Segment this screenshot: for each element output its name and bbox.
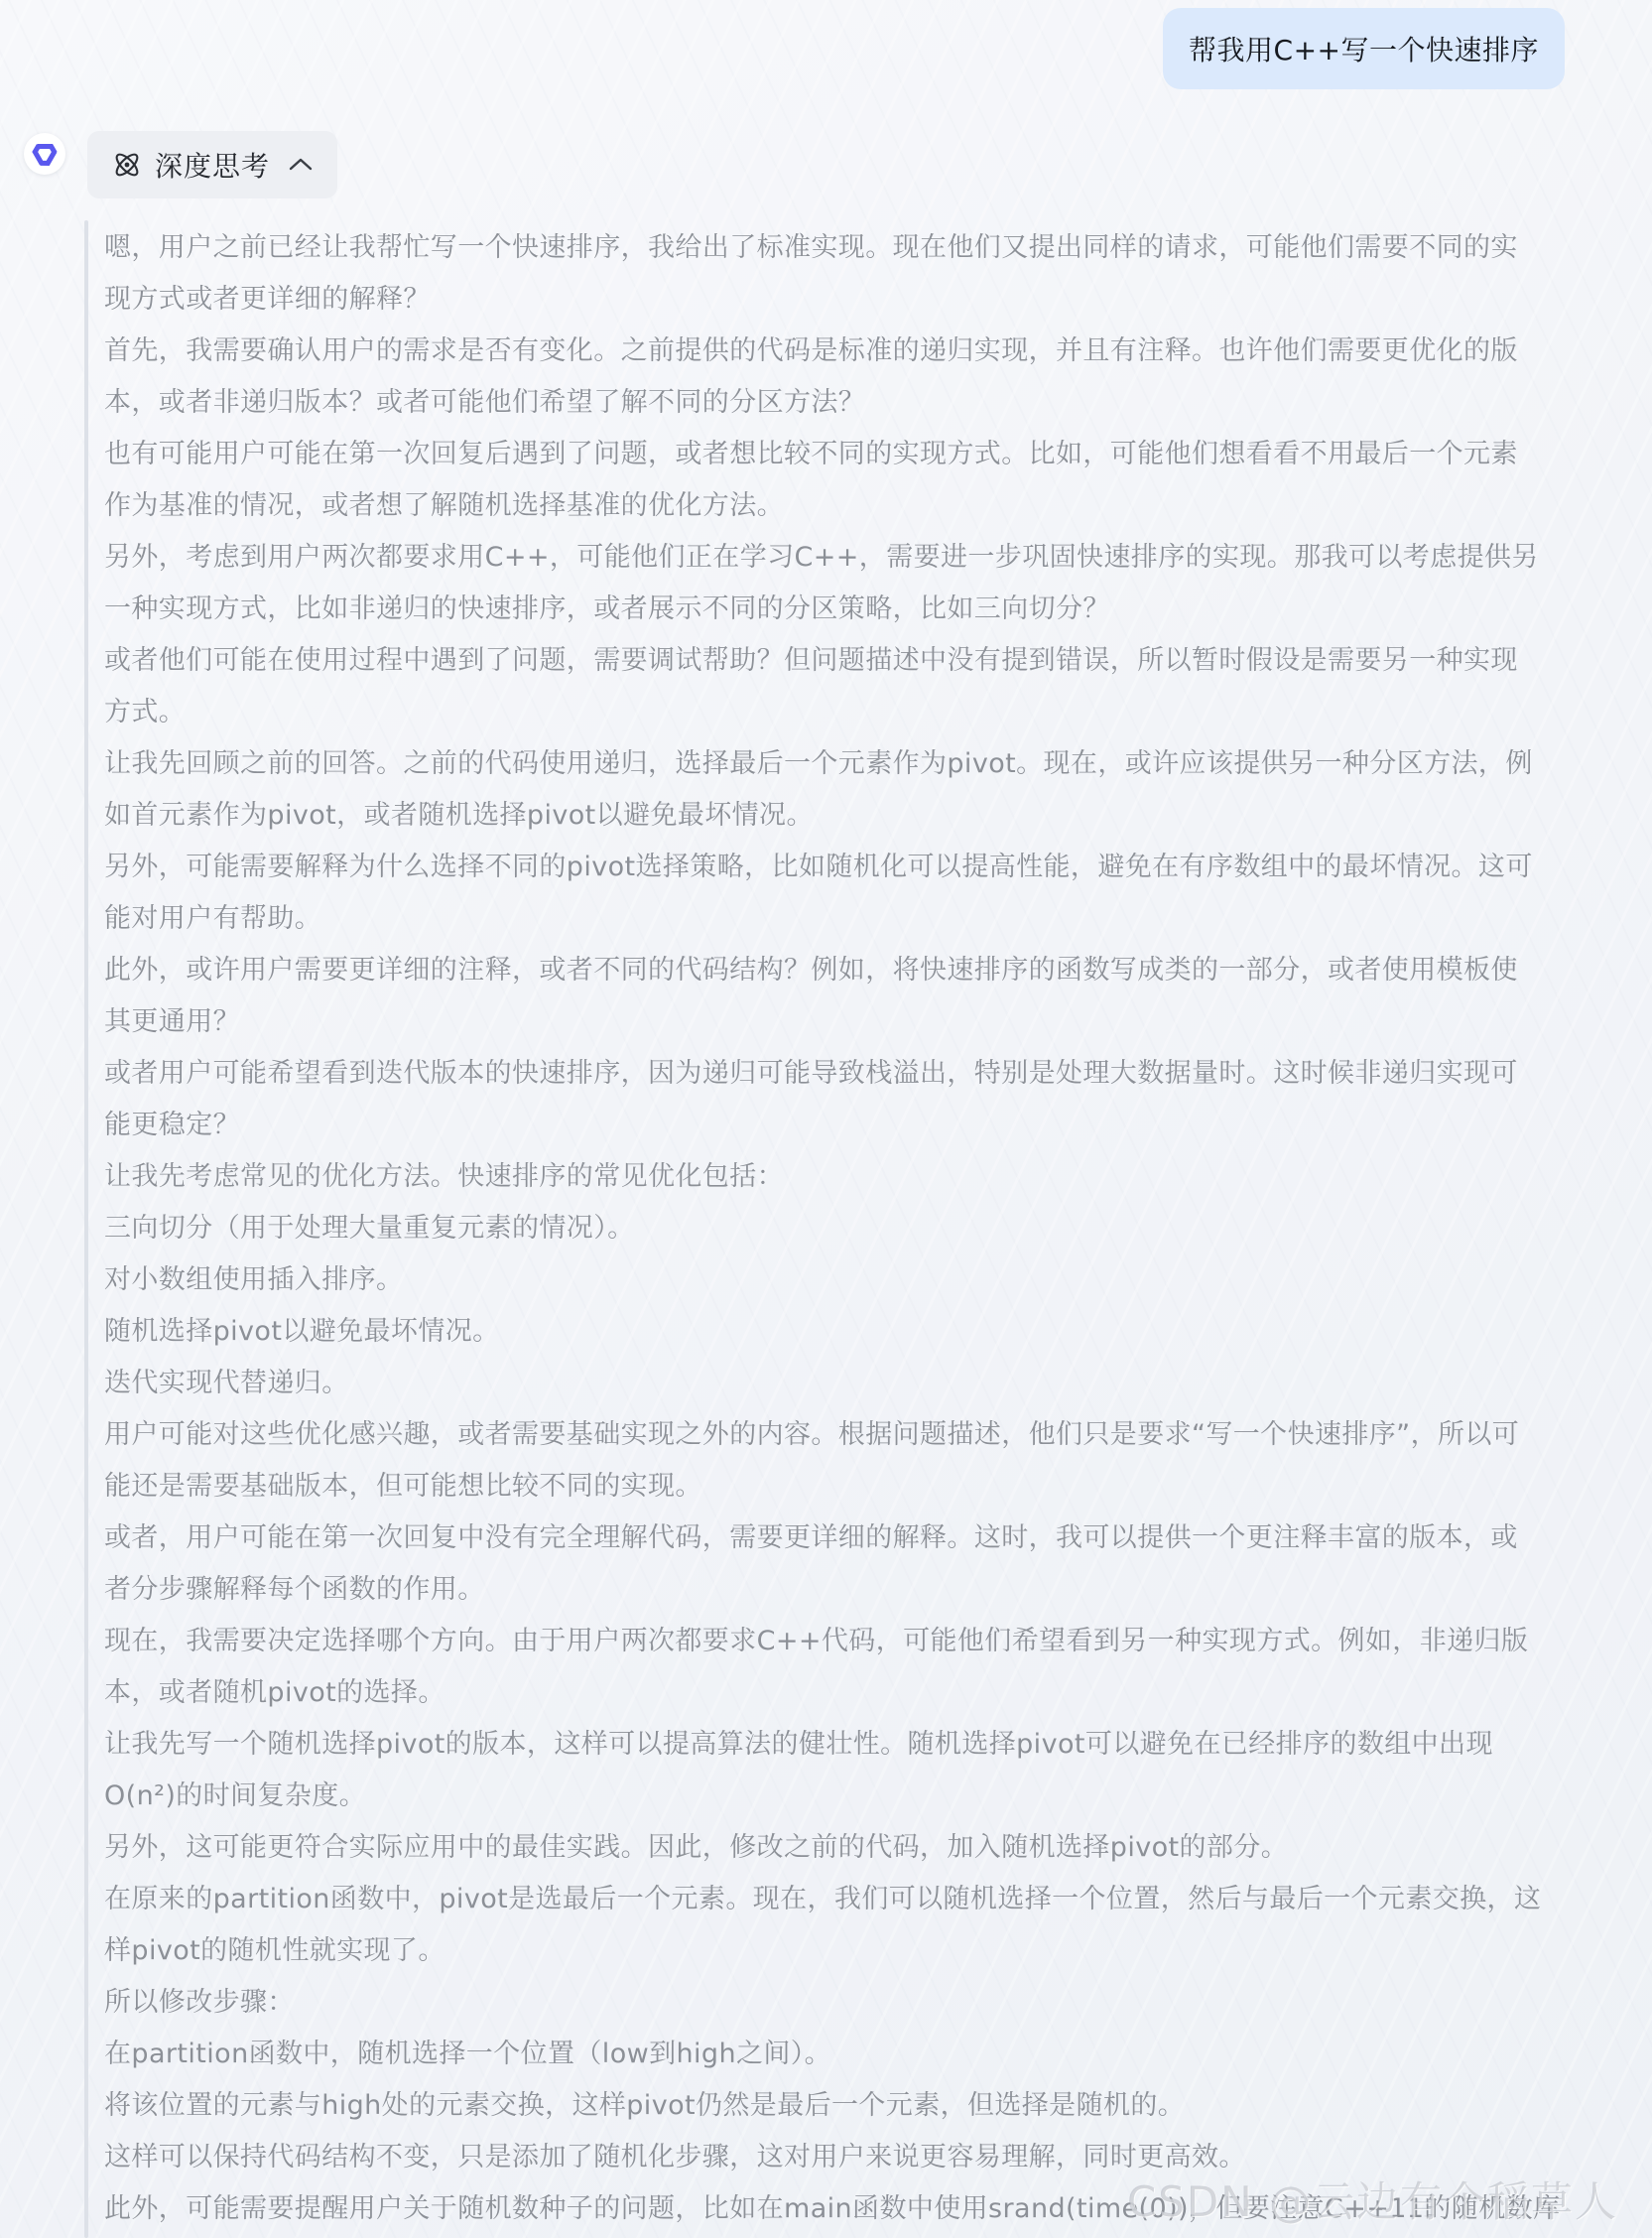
thinking-line: 三向切分（用于处理大量重复元素的情况）。 — [104, 1203, 1573, 1254]
thinking-line: 这样可以保持代码结构不变，只是添加了随机化步骤，这对用户来说更容易理解，同时更高… — [104, 2132, 1573, 2183]
thinking-line: 对小数组使用插入排序。 — [104, 1254, 1573, 1306]
thinking-line: 让我先回顾之前的回答。之前的代码使用递归，选择最后一个元素作为pivot。现在，… — [104, 738, 1573, 790]
thinking-line: 者分步骤解释每个函数的作用。 — [104, 1564, 1573, 1616]
thinking-line: 所以修改步骤： — [104, 1977, 1573, 2029]
thinking-line: 样pivot的随机性就实现了。 — [104, 1925, 1573, 1977]
thinking-line: 本，或者非递归版本？或者可能他们希望了解不同的分区方法？ — [104, 377, 1573, 429]
deep-think-label: 深度思考 — [155, 145, 270, 185]
user-message-text: 帮我用C++写一个快速排序 — [1189, 29, 1539, 68]
thinking-line: 作为基准的情况，或者想了解随机选择基准的优化方法。 — [104, 480, 1573, 532]
thinking-content: 嗯，用户之前已经让我帮忙写一个快速排序，我给出了标准实现。现在他们又提出同样的请… — [104, 222, 1573, 2235]
thinking-line: 首先，我需要确认用户的需求是否有变化。之前提供的代码是标准的递归实现，并且有注释… — [104, 326, 1573, 377]
thinking-line: 此外，可能需要提醒用户关于随机数种子的问题，比如在main函数中使用srand(… — [104, 2183, 1573, 2235]
yuanbao-logo-icon — [30, 139, 60, 169]
thinking-quote-bar — [84, 220, 88, 2238]
thinking-line: 随机选择pivot以避免最坏情况。 — [104, 1306, 1573, 1358]
thinking-line: 在partition函数中，随机选择一个位置（low到high之间）。 — [104, 2029, 1573, 2080]
thinking-line: 现在，我需要决定选择哪个方向。由于用户两次都要求C++代码，可能他们希望看到另一… — [104, 1616, 1573, 1667]
thinking-line: 或者，用户可能在第一次回复中没有完全理解代码，需要更详细的解释。这时，我可以提供… — [104, 1513, 1573, 1564]
thinking-line: 将该位置的元素与high处的元素交换，这样pivot仍然是最后一个元素，但选择是… — [104, 2080, 1573, 2132]
thinking-line: 另外，考虑到用户两次都要求用C++，可能他们正在学习C++，需要进一步巩固快速排… — [104, 532, 1573, 584]
deep-think-toggle[interactable]: 深度思考 — [87, 131, 337, 198]
thinking-line: 也有可能用户可能在第一次回复后遇到了问题，或者想比较不同的实现方式。比如，可能他… — [104, 429, 1573, 480]
thinking-line: 其更通用？ — [104, 996, 1573, 1048]
thinking-line: 本，或者随机pivot的选择。 — [104, 1667, 1573, 1719]
chat-page: { "user_message": { "text": "帮我用C++写一个快速… — [0, 0, 1652, 2238]
thinking-line: 让我先考虑常见的优化方法。快速排序的常见优化包括： — [104, 1151, 1573, 1203]
thinking-line: 能还是需要基础版本，但可能想比较不同的实现。 — [104, 1461, 1573, 1513]
thinking-line: 另外，可能需要解释为什么选择不同的pivot选择策略，比如随机化可以提高性能，避… — [104, 842, 1573, 893]
thinking-line: O(n²)的时间复杂度。 — [104, 1771, 1573, 1822]
thinking-line: 嗯，用户之前已经让我帮忙写一个快速排序，我给出了标准实现。现在他们又提出同样的请… — [104, 222, 1573, 274]
thinking-line: 方式。 — [104, 687, 1573, 738]
thinking-line: 迭代实现代替递归。 — [104, 1358, 1573, 1409]
thinking-line: 在原来的partition函数中，pivot是选最后一个元素。现在，我们可以随机… — [104, 1874, 1573, 1925]
thinking-line: 如首元素作为pivot，或者随机选择pivot以避免最坏情况。 — [104, 790, 1573, 842]
thinking-line: 能更稳定？ — [104, 1100, 1573, 1151]
thinking-line: 一种实现方式，比如非递归的快速排序，或者展示不同的分区策略，比如三向切分？ — [104, 584, 1573, 635]
chevron-up-icon — [288, 156, 314, 174]
thinking-line: 或者用户可能希望看到迭代版本的快速排序，因为递归可能导致栈溢出，特别是处理大数据… — [104, 1048, 1573, 1100]
assistant-avatar — [24, 133, 65, 175]
thinking-line: 另外，这可能更符合实际应用中的最佳实践。因此，修改之前的代码，加入随机选择piv… — [104, 1822, 1573, 1874]
thinking-line: 能对用户有帮助。 — [104, 893, 1573, 945]
thinking-line: 此外，或许用户需要更详细的注释，或者不同的代码结构？例如，将快速排序的函数写成类… — [104, 945, 1573, 996]
thinking-line: 现方式或者更详细的解释？ — [104, 274, 1573, 326]
thinking-line: 或者他们可能在使用过程中遇到了问题，需要调试帮助？但问题描述中没有提到错误，所以… — [104, 635, 1573, 687]
user-message-bubble: 帮我用C++写一个快速排序 — [1163, 8, 1565, 89]
thinking-line: 让我先写一个随机选择pivot的版本，这样可以提高算法的健壮性。随机选择pivo… — [104, 1719, 1573, 1771]
atom-icon — [111, 149, 143, 181]
thinking-line: 用户可能对这些优化感兴趣，或者需要基础实现之外的内容。根据问题描述，他们只是要求… — [104, 1409, 1573, 1461]
